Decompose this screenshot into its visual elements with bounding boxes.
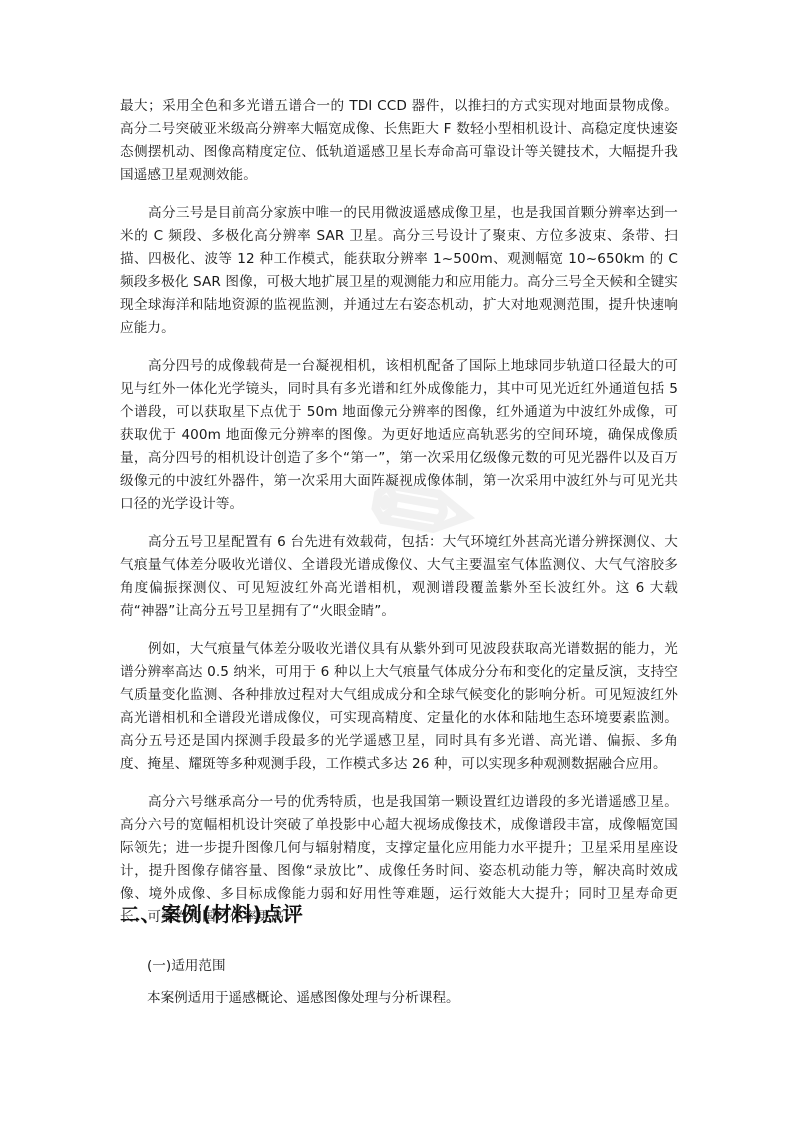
paragraph-gaofen5-example: 例如，大气痕量气体差分吸收光谱仪具有从紫外到可见波段获取高光谱数据的能力，光谱分… (120, 638, 678, 776)
subsection-heading: (一)适用范围 (147, 955, 226, 978)
paragraph-gaofen3: 高分三号是目前高分家族中唯一的民用微波遥感成像卫星，也是我国首颗分辨率达到一米的… (120, 202, 678, 340)
subsection-body: 本案例适用于遥感概论、遥感图像处理与分析课程。 (147, 987, 460, 1010)
paragraph-gaofen5: 高分五号卫星配置有 6 台先进有效载荷，包括：大气环境红外甚高光谱分辨探测仪、大… (120, 531, 678, 623)
document-body: 最大；采用全色和多光谱五谱合一的 TDI CCD 器件，以推扫的方式实现对地面景… (120, 95, 678, 929)
paragraph-gaofen2: 最大；采用全色和多光谱五谱合一的 TDI CCD 器件，以推扫的方式实现对地面景… (120, 95, 678, 187)
paragraph-gaofen4: 高分四号的成像载荷是一台凝视相机，该相机配备了国际上地球同步轨道口径最大的可见与… (120, 355, 678, 516)
section-heading: 二、案例(材料)点评 (120, 898, 303, 927)
